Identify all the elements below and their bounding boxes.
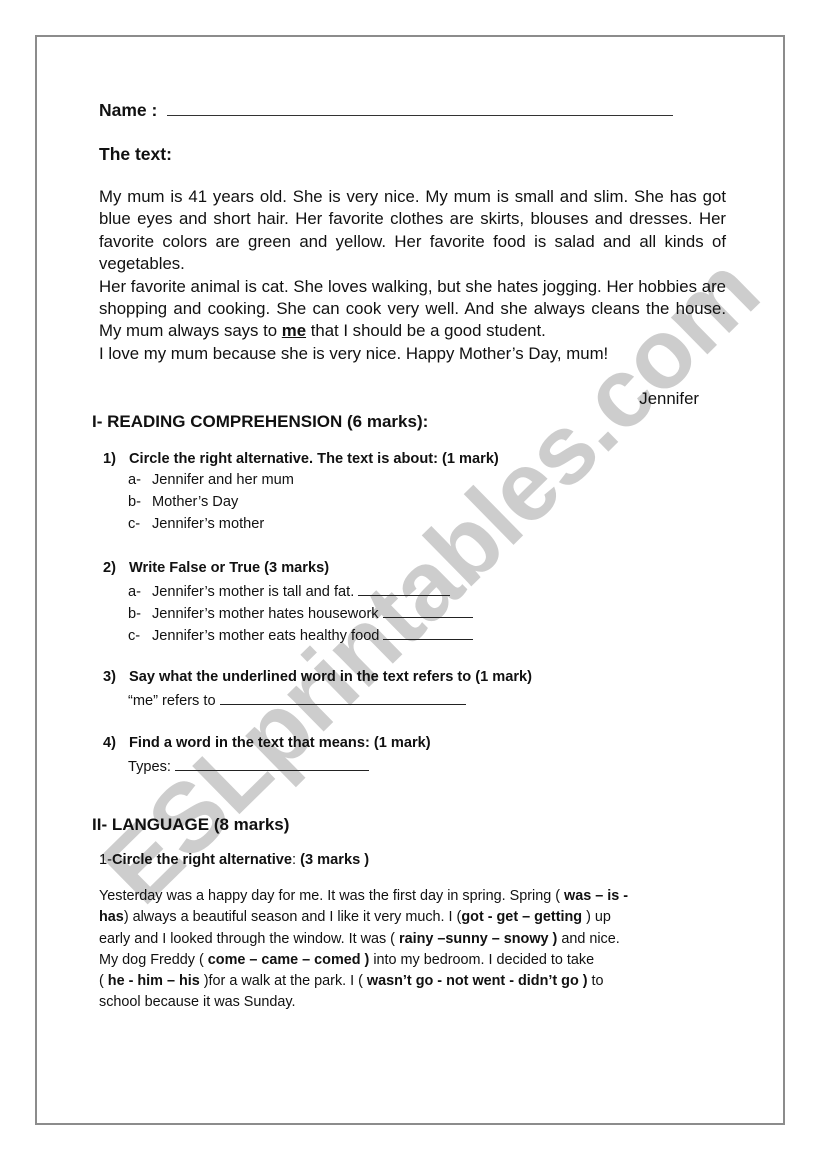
- answer-blank[interactable]: [358, 582, 450, 596]
- passage-paragraph-2: Her favorite animal is cat. She loves wa…: [99, 276, 726, 343]
- question-1-option-a[interactable]: a-Jennifer and her mum: [128, 472, 294, 488]
- cloze-choice[interactable]: has: [99, 909, 124, 925]
- question-2-item-a: a-Jennifer’s mother is tall and fat.: [128, 582, 450, 600]
- cloze-line: Yesterday was a happy day for me. It was…: [99, 886, 729, 907]
- name-field[interactable]: [167, 99, 673, 116]
- signature: Jennifer: [639, 389, 699, 409]
- question-1-title: 1)Circle the right alternative. The text…: [103, 451, 499, 467]
- answer-blank[interactable]: [383, 604, 473, 618]
- cloze-text: school because it was Sunday.: [99, 994, 296, 1010]
- question-4-title: 4)Find a word in the text that means: (1…: [103, 735, 431, 751]
- cloze-line: early and I looked through the window. I…: [99, 929, 729, 950]
- question-2-item-b: b-Jennifer’s mother hates housework: [128, 604, 473, 622]
- cloze-choice[interactable]: was – is -: [564, 888, 628, 904]
- question-4-prompt: Types:: [128, 757, 369, 775]
- cloze-line: ( he - him – his )for a walk at the park…: [99, 971, 729, 992]
- text-heading: The text:: [99, 144, 172, 165]
- question-2-title: 2)Write False or True (3 marks): [103, 560, 329, 576]
- cloze-line: My dog Freddy ( come – came – comed ) in…: [99, 950, 729, 971]
- cloze-text: ) always a beautiful season and I like i…: [124, 909, 462, 925]
- question-1-option-b[interactable]: b-Mother’s Day: [128, 494, 238, 510]
- reading-passage: My mum is 41 years old. She is very nice…: [99, 186, 726, 365]
- cloze-exercise: Yesterday was a happy day for me. It was…: [99, 886, 729, 1014]
- cloze-choice[interactable]: got - get – getting: [461, 909, 582, 925]
- passage-paragraph-1: My mum is 41 years old. She is very nice…: [99, 186, 726, 276]
- answer-blank[interactable]: [175, 757, 369, 771]
- cloze-text: My dog Freddy (: [99, 952, 208, 968]
- language-subsection-title: 1-Circle the right alternative: (3 marks…: [99, 852, 369, 868]
- reading-comprehension-heading: I- READING COMPREHENSION (6 marks):: [92, 412, 428, 432]
- cloze-text: to: [588, 973, 604, 989]
- cloze-choice[interactable]: wasn’t go - not went - didn’t go ): [367, 973, 588, 989]
- name-label: Name :: [99, 100, 157, 120]
- cloze-line: school because it was Sunday.: [99, 992, 729, 1013]
- cloze-text: )for a walk at the park. I (: [200, 973, 367, 989]
- cloze-text: (: [99, 973, 108, 989]
- cloze-line: has) always a beautiful season and I lik…: [99, 907, 729, 928]
- cloze-text: ) up: [582, 909, 611, 925]
- worksheet: Name : The text: My mum is 41 years old.…: [0, 0, 821, 1161]
- answer-blank[interactable]: [383, 626, 473, 640]
- cloze-choice[interactable]: come – came – comed ): [208, 952, 370, 968]
- cloze-text: early and I looked through the window. I…: [99, 931, 399, 947]
- cloze-text: and nice.: [557, 931, 619, 947]
- question-3-title: 3)Say what the underlined word in the te…: [103, 669, 532, 685]
- question-2-item-c: c-Jennifer’s mother eats healthy food: [128, 626, 473, 644]
- question-1-option-c[interactable]: c-Jennifer’s mother: [128, 516, 264, 532]
- cloze-text: into my bedroom. I decided to take: [369, 952, 594, 968]
- answer-blank[interactable]: [220, 691, 466, 705]
- underlined-word: me: [282, 321, 306, 340]
- question-3-prompt: “me” refers to: [128, 691, 466, 709]
- cloze-text: Yesterday was a happy day for me. It was…: [99, 888, 564, 904]
- passage-paragraph-3: I love my mum because she is very nice. …: [99, 343, 726, 365]
- cloze-choice[interactable]: he - him – his: [108, 973, 200, 989]
- cloze-choice[interactable]: rainy –sunny – snowy ): [399, 931, 557, 947]
- language-heading: II- LANGUAGE (8 marks): [92, 815, 289, 835]
- name-row: Name :: [99, 99, 673, 121]
